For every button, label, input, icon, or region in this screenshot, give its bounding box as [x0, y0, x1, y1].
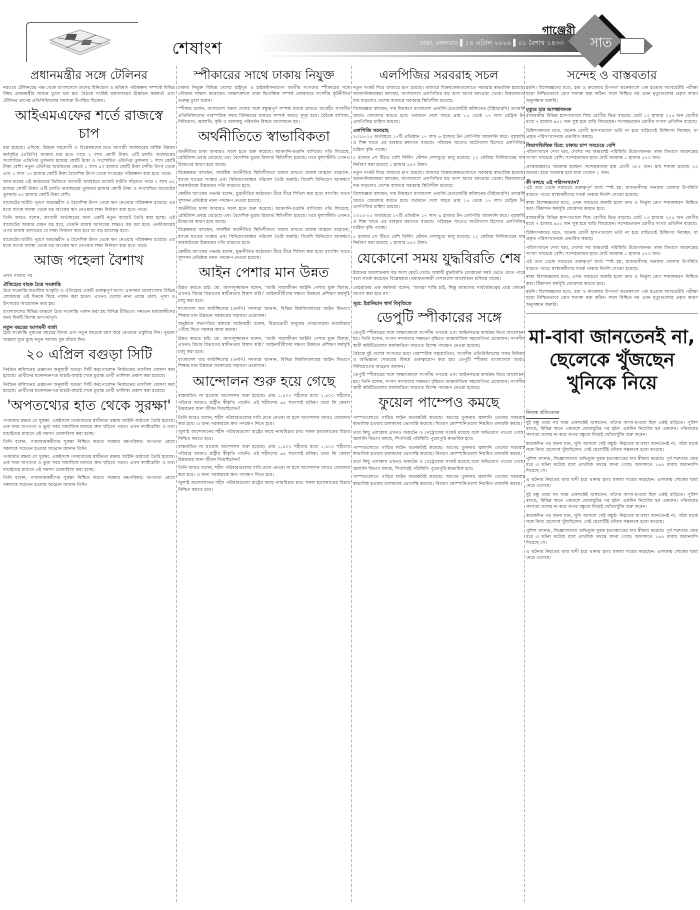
- article-ceasefire: যেকোনো সময় যুদ্ধবিরতি শেষ ইরানের আলোচনা…: [353, 251, 525, 308]
- subheading: মৃত্যুর হার আশঙ্কাজনক: [526, 107, 698, 114]
- headline: অর্থনীতিতে স্বাভাবিকতা: [178, 129, 350, 147]
- article-paragraph: তিনি বলেন, গণমাধ্যমকর্মীদের সুরক্ষা নিশ্…: [3, 440, 175, 453]
- section-title: শেষাংশ: [172, 36, 222, 64]
- article-paragraph: কেন্দ্রীয় ব্যাংকের গভর্নর বলেন, মুদ্রান…: [178, 250, 350, 263]
- article-paragraph: বিশ্লেষকরা বলছেন, সামষ্টিক অর্থনীতির স্থ…: [178, 228, 350, 247]
- article-paragraph: হয়নি। বিশেষজ্ঞদের মতে, হাম ও রুবেলার উপ…: [526, 86, 698, 105]
- article-paragraph: বাংলাদেশ বার কাউন্সিলের (এনপি) সদস্যরা জ…: [178, 358, 350, 371]
- article-measles: সন্দেহ ও বাস্তবতার হয়নি। বিশেষজ্ঞদের মত…: [526, 68, 698, 309]
- article-pohela-boishakh: আজ পহেলা বৈশাখ প্রথম পাতার পর ঐতিহ্যের ব…: [3, 253, 175, 344]
- article-paragraph: রাজধানীর বিভিন্ন হাসপাতালে শিশু রোগীর ভি…: [526, 114, 698, 127]
- article-paragraph: প্রাপ্তবয়স্করাও আক্রান্ত হচ্ছেন: সন্দেহ…: [526, 165, 698, 178]
- article-telenor: প্রধানমন্ত্রীর সঙ্গে টেলিনর নরওয়ে টেলিন…: [3, 68, 175, 105]
- column-2: স্পীকারের সাথে ঢাকায় নিযুক্ত ঢাকায় নিয…: [178, 64, 350, 904]
- article-paragraph: কয়েকদিন পর জানা যায়, খুনি আসলে সেই বন্…: [526, 442, 698, 455]
- page-number: সাত: [586, 34, 616, 55]
- article-paragraph: জুলাই আন্দোলনের শহীদ পরিবারগুলো রাষ্ট্রে…: [178, 481, 350, 494]
- article-paragraph: বাংলাদেশ বার কাউন্সিলের (এনপি) সদস্যরা জ…: [178, 307, 350, 320]
- headline: প্রধানমন্ত্রীর সঙ্গে টেলিনর: [3, 68, 175, 83]
- article-paragraph: তবে কিছু এলাকায় এখনও অকটেন ও পেট্রোলের …: [353, 460, 525, 473]
- article-paragraph: বিশ্লেষকরা বলছেন, সামষ্টিক অর্থনীতির স্থ…: [178, 171, 350, 190]
- headline: এলপিজির সরবরাহ সচল: [353, 68, 525, 83]
- article-misinformation: 'অপতথ্যের হাত থেকে সুরক্ষা' গণমাধ্যম রক্…: [3, 398, 175, 489]
- header-underline: [255, 55, 585, 57]
- headline: সন্দেহ ও বাস্তবতার: [526, 68, 698, 83]
- source-note: সূত্র: ইরানিয়ান স্বার্থ বিবৃতিতে: [353, 301, 525, 308]
- article-paragraph: ধরা হয়েছে। এদিকে, উন্নয়ন সহযোগী ও বিশ্…: [3, 146, 175, 178]
- article-paragraph: রাজধানীর বিভিন্ন হাসপাতালে শিশু রোগীর ভি…: [526, 216, 698, 229]
- article-paragraph: বাজেটের ঘাটতি পূরণে অভ্যন্তরীণ ও বৈদেশিক…: [3, 238, 175, 251]
- article-paragraph: চিকিৎসকদের মতে, অনেক রোগী হাসপাতালে ভর্ত…: [526, 231, 698, 244]
- article-paragraph: নির্বাচন কমিশনের প্রজ্ঞাপন অনুযায়ী বগুড…: [3, 383, 175, 396]
- article-paragraph: পাম্পগুলোতে গাড়ির লাইন অনেকটাই কমেছে। আ…: [353, 446, 525, 459]
- article-paragraph: তিনি আরও বলেন, শহীদ পরিবারগুলোর দাবি মেন…: [178, 416, 350, 429]
- article-paragraph: হয়নি। বিশেষজ্ঞদের মতে, হাম ও রুবেলার উপ…: [526, 290, 698, 309]
- article-paragraph: বিশেষজ্ঞরা বলছেন, দাম নিয়ন্ত্রণে বাংলাদ…: [353, 192, 525, 211]
- article-paragraph: ৫ হাজার ৫শ টিরও বেশি ফিলিং স্টেশন দেশজুড…: [353, 156, 525, 169]
- headline: ফুয়েল পাম্পেও কমছে: [353, 395, 525, 413]
- headline: আইএমএফের শর্তে রাজস্বে চাপ: [3, 108, 175, 143]
- headline: আন্দোলন শুরু হয়ে গেছে: [178, 374, 350, 392]
- article-paragraph: বাস্তবায়িত না হওয়ায় আন্দোলন শুরু হয়ে…: [178, 394, 350, 413]
- article-paragraph: বাস্তবায়িত না হওয়ায় আন্দোলন শুরু হয়ে…: [178, 445, 350, 464]
- article-paragraph: ডেপুটি স্পীকারের সঙ্গে সাক্ষাৎকালে সংসদী…: [353, 373, 525, 392]
- article-law-profession: আইন পেশার মান উন্নত উন্নত করতে চাই। মো. …: [178, 265, 350, 370]
- article-speaker: স্পীকারের সাথে ঢাকায় নিযুক্ত ঢাকায় নিয…: [178, 68, 350, 126]
- byline: প্রথম পাতার পর: [3, 274, 175, 280]
- article-paragraph: তিনি আরও বলেন, শহীদ পরিবারগুলোর দাবি মেন…: [178, 466, 350, 479]
- article-imf: আইএমএফের শর্তে রাজস্বে চাপ ধরা হয়েছে। এ…: [3, 108, 175, 250]
- headline: যেকোনো সময় যুদ্ধবিরতি শেষ: [353, 251, 525, 269]
- lead-headline: মা-বাবা জানতেনই না, ছেলেকে খুঁজছেন খুনিক…: [526, 326, 698, 395]
- article-deputy-speaker: ডেপুটি স্পীকারের সঙ্গে ডেপুটি স্পীকারের …: [353, 310, 525, 392]
- article-movement: আন্দোলন শুরু হয়ে গেছে বাস্তবায়িত না হও…: [178, 374, 350, 494]
- article-paragraph: ডেপুটি স্পীকারের সঙ্গে সাক্ষাৎকালে সংসদী…: [353, 331, 525, 350]
- article-paragraph: নতুন সংকট দিয়ে বাজারে চাপ রয়েছে। বাজার…: [353, 86, 525, 105]
- headline: ডেপুটি স্পীকারের সঙ্গে: [353, 310, 525, 328]
- article-paragraph: পাম্পগুলোতে গাড়ির লাইন অনেকটাই কমেছে। আ…: [353, 475, 525, 488]
- article-paragraph: এ ঘটনায় নিহতের বাবা বাদী হয়ে থানায় হত…: [526, 478, 698, 491]
- article-paragraph: জুলাই আন্দোলনের শহীদ পরিবারগুলো রাষ্ট্রে…: [178, 430, 350, 443]
- headline: 'অপতথ্যের হাত থেকে সুরক্ষা': [3, 398, 175, 416]
- article-paragraph: উন্নত করতে চাই। মো. আসাদুজ্জামান বলেন, '…: [178, 337, 350, 356]
- article-paragraph: পরিসংখ্যানে দেখা যায়, দেশের সব অঞ্চলেই …: [526, 246, 698, 259]
- column-divider: [176, 66, 177, 902]
- article-economy: অর্থনীতিতে স্বাভাবিকতা অর্থনীতির চাকা আব…: [178, 129, 350, 262]
- headline: আজ পহেলা বৈশাখ: [3, 253, 175, 271]
- article-paragraph: নরওয়ে টেলিনরের পক্ষ থেকে বাংলাদেশে তাদে…: [3, 86, 175, 105]
- article-paragraph: স্পীকার বলেন, বাংলাদেশ সকল দেশের সঙ্গে ব…: [178, 107, 350, 126]
- article-paragraph: গণমাধ্যম রক্ষার যে সুরক্ষা, একইসঙ্গে গণম…: [3, 455, 175, 474]
- article-paragraph: এই তথ্য থেকে সবচেয়ে গুরুত্বপূর্ণ বার্তা…: [526, 260, 698, 273]
- article-paragraph: ২০২৪-২৫ অর্থবছরে ১৭টি প্রতিষ্ঠান ১৭ লাখ …: [353, 214, 525, 233]
- article-paragraph: স্বাস্থ্য বিশেষজ্ঞদের মতে, এখন সবচেয়ে জ…: [526, 201, 698, 214]
- article-murder-lead: মা-বাবা জানতেনই না, ছেলেকে খুঁজছেন খুনিক…: [526, 313, 698, 563]
- article-paragraph: ২০২৪-২৫ অর্থবছরে ১৭টি প্রতিষ্ঠান ১৭ লাখ …: [353, 135, 525, 154]
- article-paragraph: এই তথ্য থেকে সবচেয়ে গুরুত্বপূর্ণ বার্তা…: [526, 186, 698, 199]
- headline: ২০ এপ্রিল বগুড়া সিটি: [3, 347, 175, 365]
- article-paragraph: তিনি বলেন, গণমাধ্যমকর্মীদের সুরক্ষা নিশ্…: [3, 476, 175, 489]
- article-fuel-pump: ফুয়েল পাম্পেও কমছে পাম্পগুলোতে গাড়ির ল…: [353, 395, 525, 488]
- article-paragraph: আয়-ব্যয়ের এই কাঠামোর ভিত্তিতে আগামী অর…: [3, 180, 175, 199]
- article-paragraph: কয়েকদিন পর জানা যায়, খুনি আসলে সেই বন্…: [526, 514, 698, 527]
- arrow-right-icon: [620, 38, 644, 54]
- article-paragraph: তিনি আরও বলেন, আগামী অর্থবছরের জন্য একটি…: [3, 216, 175, 235]
- article-paragraph: বৈঠকে দুই দেশের সংসদের মধ্যে পারস্পরিক স…: [353, 352, 525, 371]
- article-paragraph: ইরানের আলোচনায় বড় অংশ কেটে গেছে। অস্থা…: [353, 271, 525, 284]
- article-paragraph: দুই বন্ধু তারা সব সময় একসঙ্গেই থাকতেন। …: [526, 493, 698, 512]
- headline: আইন পেশার মান উন্নত: [178, 265, 350, 283]
- article-lpg: এলপিজির সরবরাহ সচল নতুন সংকট দিয়ে বাজার…: [353, 68, 525, 248]
- masthead: শেষাংশ ঢাকা, মঙ্গলবার ▌১৪ এপ্রিল ২০২৬ ▌০…: [0, 0, 700, 62]
- article-paragraph: চৈত্র সংক্রান্তি পুরাতন বছরের বিদায় এবং…: [3, 331, 175, 344]
- article-paragraph: এ ঘটনায় নিহতের বাবা বাদী হয়ে থানায় হত…: [526, 550, 698, 563]
- article-bogura-city: ২০ এপ্রিল বগুড়া সিটি নির্বাচন কমিশনের প…: [3, 347, 175, 395]
- article-paragraph: বিশেষজ্ঞরা বলছেন, দাম নিয়ন্ত্রণে বাংলাদ…: [353, 107, 525, 126]
- byline: নিজস্ব প্রতিবেদক: [526, 410, 559, 419]
- article-paragraph: পরিসংখ্যানে দেখা যায়, দেশের সব অঞ্চলেই …: [526, 150, 698, 163]
- article-paragraph: বাজেটের ঘাটতি পূরণে অভ্যন্তরীণ ও বৈদেশিক…: [3, 201, 175, 214]
- article-paragraph: তেহরানের এক কর্মকর্তা বলেন, 'আমরা শান্তি…: [353, 286, 525, 299]
- article-paragraph: ৫ হাজার ৫শ টিরও বেশি ফিলিং স্টেশন দেশজুড…: [353, 235, 525, 248]
- article-paragraph: অর্থনীতির চাকা আবারও সচল হতে শুরু করেছে।…: [178, 207, 350, 226]
- article-paragraph: ঢাকায় নিযুক্ত বিভিন্ন দেশের রাষ্ট্রদূত …: [178, 86, 350, 105]
- article-paragraph: পাম্পগুলোতে গাড়ির লাইন অনেকটাই কমেছে। আ…: [353, 416, 525, 429]
- column-1: প্রধানমন্ত্রীর সঙ্গে টেলিনর নরওয়ে টেলিন…: [3, 64, 175, 904]
- subheading: ঐতিহ্যের বাহক চৈত্র সংক্রান্তি: [3, 282, 175, 289]
- column-3: এলপিজির সরবরাহ সচল নতুন সংকট দিয়ে বাজার…: [353, 64, 525, 904]
- article-paragraph: পুলিশ জানায়, জিজ্ঞাসাবাদে অভিযুক্ত যুবক…: [526, 529, 698, 548]
- article-paragraph: নির্বাচন কমিশনের প্রজ্ঞাপন অনুযায়ী বগুড…: [3, 368, 175, 381]
- headline: স্পীকারের সাথে ঢাকায় নিযুক্ত: [178, 68, 350, 83]
- article-paragraph: কেন্দ্রীয় ব্যাংকের গভর্নর বলেন, মুদ্রান…: [178, 192, 350, 205]
- article-paragraph: নতুন সংকট দিয়ে বাজারে চাপ রয়েছে। বাজার…: [353, 171, 525, 190]
- column-4: সন্দেহ ও বাস্তবতার হয়নি। বিশেষজ্ঞদের মত…: [526, 64, 698, 904]
- article-paragraph: চৈত্র সংক্রান্তি বাঙালির সংস্কৃতি ও ঐতিহ…: [3, 289, 175, 308]
- article-paragraph: বাংলাদেশের বিভিন্ন অঞ্চলে চৈত্র সংক্রান্…: [3, 310, 175, 323]
- column-divider: [351, 66, 352, 902]
- newspaper-icon: [44, 26, 116, 58]
- article-paragraph: উন্নত করতে চাই। মো. আসাদুজ্জামান বলেন, '…: [178, 286, 350, 305]
- article-paragraph: দুই বন্ধু তারা সব সময় একসঙ্গেই থাকতেন। …: [526, 421, 698, 440]
- article-paragraph: চিকিৎসকদের মতে, অনেক রোগী হাসপাতালে ভর্ত…: [526, 129, 698, 142]
- article-paragraph: তবে কিছু এলাকায় এখনও অকটেন ও পেট্রোলের …: [353, 431, 525, 444]
- article-paragraph: স্বাস্থ্য বিশেষজ্ঞদের মতে, এখন সবচেয়ে জ…: [526, 275, 698, 288]
- article-paragraph: অর্থনীতির চাকা আবারও সচল হতে শুরু করেছে।…: [178, 150, 350, 169]
- article-paragraph: অনুষ্ঠানে সভাপতির বক্তব্যে আইনমন্ত্রী বল…: [178, 322, 350, 335]
- article-paragraph: পুলিশ জানায়, জিজ্ঞাসাবাদে অভিযুক্ত যুবক…: [526, 457, 698, 476]
- article-paragraph: গণমাধ্যম রক্ষার যে সুরক্ষা, একইসঙ্গে গণম…: [3, 419, 175, 438]
